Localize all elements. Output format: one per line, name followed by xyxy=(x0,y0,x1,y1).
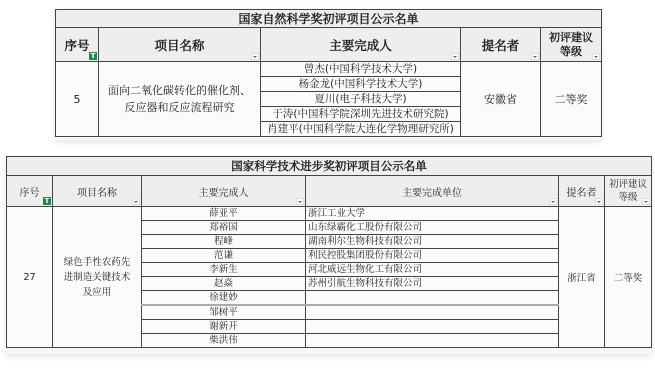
header-grade[interactable]: 初评建议等级 xyxy=(541,28,602,62)
unit: 浙江工业大学 xyxy=(306,207,559,221)
person: 曾杰(中国科学技术大学) xyxy=(261,62,461,77)
header-index[interactable]: 序号T xyxy=(7,176,53,207)
natural-science-award-table: 国家自然科学奖初评项目公示名单 序号T 项目名称 主要完成人 提名者 初评建议等… xyxy=(55,9,602,137)
sci-tech-progress-award-table: 国家科学技术进步奖初评项目公示名单 序号T 项目名称 主要完成人 主要完成单位 … xyxy=(6,156,652,348)
natural-science-award-sheet: 国家自然科学奖初评项目公示名单 序号T 项目名称 主要完成人 提名者 初评建议等… xyxy=(55,9,601,140)
header-nominator[interactable]: 提名者 xyxy=(461,28,541,62)
header-main-units[interactable]: 主要完成单位 xyxy=(306,176,559,207)
filter-dropdown-icon[interactable] xyxy=(251,53,259,60)
unit: 河北威远生物化工有限公司 xyxy=(306,263,559,277)
row-index: 27 xyxy=(7,207,53,348)
unit: 山东绿霸化工股份有限公司 xyxy=(306,221,559,235)
nominator: 安徽省 xyxy=(461,62,541,137)
header-main-persons[interactable]: 主要完成人 xyxy=(261,28,461,62)
person: 李新生 xyxy=(142,263,306,277)
person: 郑裕国 xyxy=(142,221,306,235)
person: 薛亚平 xyxy=(142,207,306,221)
unit: 利民控股集团股份有限公司 xyxy=(306,249,559,263)
person: 赵焱 xyxy=(142,277,306,291)
grade: 二等奖 xyxy=(605,207,652,348)
person: 肖建平(中国科学院大连化学物理研究所) xyxy=(261,122,461,137)
unit xyxy=(306,305,559,320)
person: 徐建妙 xyxy=(142,291,306,306)
person: 范谦 xyxy=(142,249,306,263)
filter-dropdown-icon[interactable] xyxy=(296,198,304,205)
filter-active-icon[interactable]: T xyxy=(43,197,51,205)
person: 程峰 xyxy=(142,235,306,249)
table-title: 国家科学技术进步奖初评项目公示名单 xyxy=(7,157,652,176)
sci-tech-progress-award-sheet: 国家科学技术进步奖初评项目公示名单 序号T 项目名称 主要完成人 主要完成单位 … xyxy=(6,156,651,354)
person: 夏川(电子科技大学) xyxy=(261,92,461,107)
header-grade[interactable]: 初评建议等级 xyxy=(605,176,652,207)
header-nominator[interactable]: 提名者 xyxy=(559,176,605,207)
grade: 二等奖 xyxy=(541,62,602,137)
person: 于涛(中国科学院深圳先进技术研究院) xyxy=(261,107,461,122)
project-name: 面向二氧化碳转化的催化剂、反应器和反应流程研究 xyxy=(99,62,261,137)
table-title: 国家自然科学奖初评项目公示名单 xyxy=(56,10,602,28)
header-main-persons[interactable]: 主要完成人 xyxy=(142,176,306,207)
header-index[interactable]: 序号T xyxy=(56,28,99,62)
header-project-name[interactable]: 项目名称 xyxy=(53,176,142,207)
filter-dropdown-icon[interactable] xyxy=(549,198,557,205)
filter-dropdown-icon[interactable] xyxy=(642,198,650,205)
filter-active-icon[interactable]: T xyxy=(89,52,97,60)
unit: 苏州引航生物科技有限公司 xyxy=(306,277,559,291)
filter-dropdown-icon[interactable] xyxy=(592,53,600,60)
filter-dropdown-icon[interactable] xyxy=(531,53,539,60)
nominator: 浙江省 xyxy=(559,207,605,348)
person: 柴洪伟 xyxy=(142,334,306,348)
person: 谢新开 xyxy=(142,320,306,334)
unit xyxy=(306,291,559,306)
unit: 湖南利尔生物科技有限公司 xyxy=(306,235,559,249)
filter-dropdown-icon[interactable] xyxy=(132,198,140,205)
person: 邹树平 xyxy=(142,305,306,320)
unit xyxy=(306,334,559,348)
row-index: 5 xyxy=(56,62,99,137)
unit xyxy=(306,320,559,334)
header-project-name[interactable]: 项目名称 xyxy=(99,28,261,62)
filter-dropdown-icon[interactable] xyxy=(595,198,603,205)
filter-dropdown-icon[interactable] xyxy=(451,53,459,60)
project-name: 绿色手性农药先进制造关键技术及应用 xyxy=(53,207,142,348)
person: 杨金龙(中国科学技术大学) xyxy=(261,77,461,92)
